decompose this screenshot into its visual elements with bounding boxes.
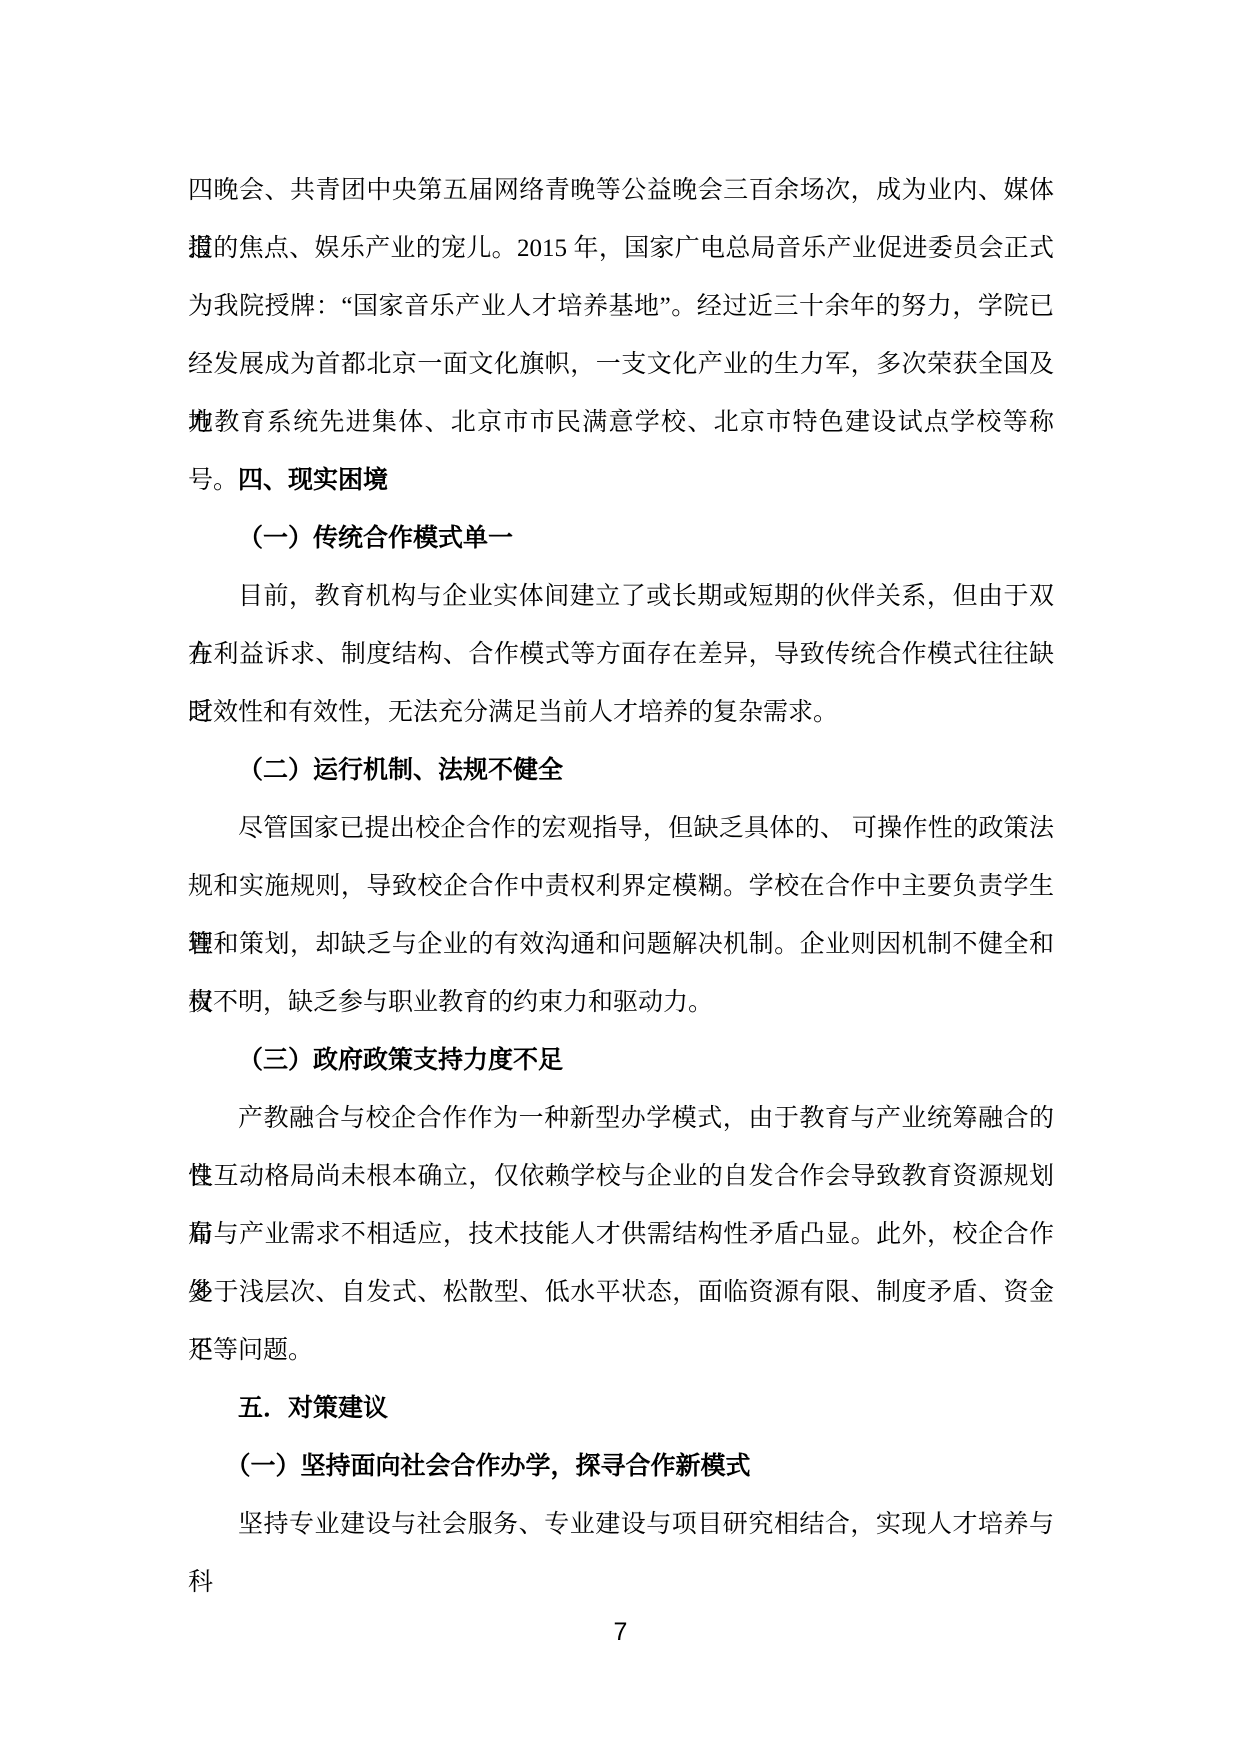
text-line: 为我院授牌：“国家音乐产业人才培养基地”。经过近三十余年的努力，学院已 <box>188 278 1054 336</box>
text-line: 产教融合与校企合作作为一种新型办学模式，由于教育与产业统筹融合的良 <box>188 1090 1054 1148</box>
text-line: 足等问题。 <box>188 1322 1054 1380</box>
text-line: 坚持专业建设与社会服务、专业建设与项目研究相结合，实现人才培养与科 <box>188 1496 1054 1554</box>
subsection-heading: （一）坚持面向社会合作办学，探寻合作新模式 <box>188 1438 1054 1496</box>
section-heading: 四、现实困境 <box>188 452 1054 510</box>
page-number: 7 <box>0 1612 1241 1652</box>
text-line: 权不明，缺乏参与职业教育的约束力和驱动力。 <box>188 974 1054 1032</box>
text-line: 在利益诉求、制度结构、合作模式等方面存在差异，导致传统合作模式往往缺乏 <box>188 626 1054 684</box>
text-line: 规和实施规则，导致校企合作中责权利界定模糊。学校在合作中主要负责学生管 <box>188 858 1054 916</box>
text-line: 处于浅层次、自发式、松散型、低水平状态，面临资源有限、制度矛盾、资金不 <box>188 1264 1054 1322</box>
subsection-heading: （三）政府政策支持力度不足 <box>188 1032 1054 1090</box>
subsection-heading: （二）运行机制、法规不健全 <box>188 742 1054 800</box>
text-line: 经发展成为首都北京一面文化旗帜，一支文化产业的生力军，多次荣获全国及地 <box>188 336 1054 394</box>
text-line: 时效性和有效性，无法充分满足当前人才培养的复杂需求。 <box>188 684 1054 742</box>
text-line: 性互动格局尚未根本确立，仅依赖学校与企业的自发合作会导致教育资源规划布 <box>188 1148 1054 1206</box>
document-body: 四晚会、共青团中央第五届网络青晚等公益晚会三百余场次，成为业内、媒体报 道的焦点… <box>188 162 1054 1554</box>
text-line: 方教育系统先进集体、北京市市民满意学校、北京市特色建设试点学校等称号。 <box>188 394 1054 452</box>
subsection-heading: （一）传统合作模式单一 <box>188 510 1054 568</box>
document-page: 四晚会、共青团中央第五届网络青晚等公益晚会三百余场次，成为业内、媒体报 道的焦点… <box>0 0 1241 1754</box>
section-heading: 五．对策建议 <box>188 1380 1054 1438</box>
text-line: 道的焦点、娱乐产业的宠儿。2015 年，国家广电总局音乐产业促进委员会正式 <box>188 220 1054 278</box>
text-line: 理和策划，却缺乏与企业的有效沟通和问题解决机制。企业则因机制不健全和责 <box>188 916 1054 974</box>
text-line: 四晚会、共青团中央第五届网络青晚等公益晚会三百余场次，成为业内、媒体报 <box>188 162 1054 220</box>
text-line: 尽管国家已提出校企合作的宏观指导，但缺乏具体的、 可操作性的政策法 <box>188 800 1054 858</box>
text-line: 局与产业需求不相适应，技术技能人才供需结构性矛盾凸显。此外，校企合作多 <box>188 1206 1054 1264</box>
text-line: 目前，教育机构与企业实体间建立了或长期或短期的伙伴关系，但由于双方 <box>188 568 1054 626</box>
